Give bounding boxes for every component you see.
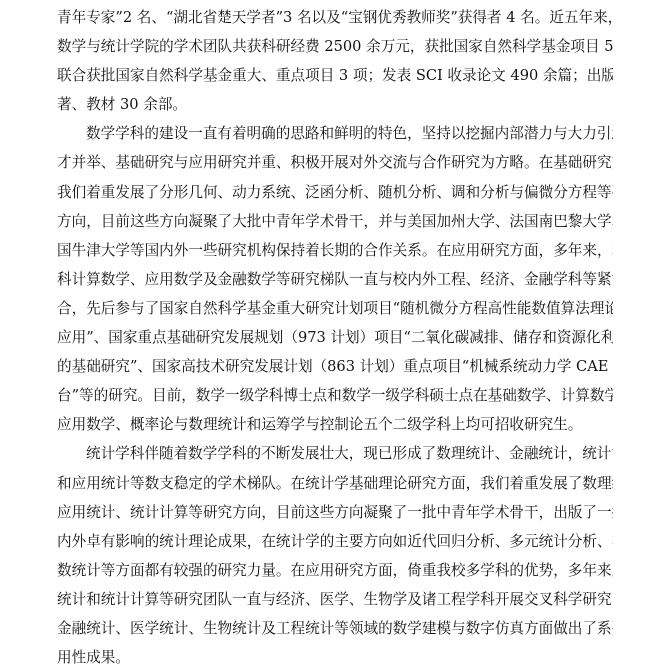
text-line: 的基础研究”、国家高技术研究发展计划（863 计划）重点项目“机械系统动力学 C… bbox=[57, 352, 613, 381]
text-line: 应用”、国家重点基础研究发展规划（973 计划）项目“二氧化碳减排、储存和资源化… bbox=[57, 323, 613, 352]
paragraph-statistics-discipline: 统计学科伴随着数学学科的不断发展壮大，现已形成了数理统计、金融统计，统计计算 和… bbox=[57, 439, 613, 671]
text-line: 统计和统计计算等研究团队一直与经济、医学、生物学及诸工程学科开展交叉科学研究，在 bbox=[57, 585, 613, 614]
text-line: 和应用统计等数支稳定的学术梯队。在统计学基础理论研究方面，我们着重发展了数理统计… bbox=[57, 469, 613, 498]
text-line: 我们着重发展了分形几何、动力系统、泛函分析、随机分析、调和分析与偏微分方程等研究 bbox=[57, 178, 613, 207]
text-line: 科计算数学、应用数学及金融数学等研究梯队一直与校内外工程、经济、金融学科等紧密结 bbox=[57, 265, 613, 294]
paragraph-faculty-achievements: 青年专家”2 名、“湖北省楚天学者”3 名以及“宝钢优秀教师奖”获得者 4 名。… bbox=[57, 3, 613, 119]
text-line: 用性成果。 bbox=[57, 643, 613, 671]
text-line: 联合获批国家自然科学基金重大、重点项目 3 项；发表 SCI 收录论文 490 … bbox=[57, 61, 613, 90]
text-line: 著、教材 30 余部。 bbox=[57, 90, 613, 119]
text-line: 数学与统计学院的学术团队共获科研经费 2500 余万元，获批国家自然科学基金项目… bbox=[57, 32, 613, 61]
text-line: 才并举、基础研究与应用研究并重、积极开展对外交流与合作研究为方略。在基础研究方面… bbox=[57, 148, 613, 177]
paragraph-mathematics-discipline: 数学学科的建设一直有着明确的思路和鲜明的特色，坚持以挖掘内部潜力与大力引进人 才… bbox=[57, 119, 613, 439]
text-line: 方向，目前这些方向凝聚了大批中青年学术骨干，并与美国加州大学、法国南巴黎大学、英 bbox=[57, 207, 613, 236]
text-line: 国牛津大学等国内外一些研究机构保持着长期的合作关系。在应用研究方面，多年来，本学 bbox=[57, 236, 613, 265]
text-line: 台”等的研究。目前，数学一级学科博士点和数学一级学科硕士点在基础数学、计算数学、 bbox=[57, 381, 613, 410]
text-line: 金融统计、医学统计、生物统计及工程统计等领域的数学建模与数字仿真方面做出了系列应 bbox=[57, 614, 613, 643]
text-line: 应用数学、概率论与数理统计和运筹学与控制论五个二级学科上均可招收研究生。 bbox=[57, 410, 613, 439]
text-line: 统计学科伴随着数学学科的不断发展壮大，现已形成了数理统计、金融统计，统计计算 bbox=[57, 439, 613, 468]
text-line: 青年专家”2 名、“湖北省楚天学者”3 名以及“宝钢优秀教师奖”获得者 4 名。… bbox=[57, 3, 613, 32]
text-line: 数统计等方面都有较强的研究力量。在应用研究方面，倚重我校多学科的优势，多年来应用 bbox=[57, 556, 613, 585]
text-line: 应用统计、统计计算等研究方向，目前这些方向凝聚了一批中青年学术骨干，出版了一批国 bbox=[57, 498, 613, 527]
document-page: 青年专家”2 名、“湖北省楚天学者”3 名以及“宝钢优秀教师奖”获得者 4 名。… bbox=[57, 3, 613, 671]
text-line: 数学学科的建设一直有着明确的思路和鲜明的特色，坚持以挖掘内部潜力与大力引进人 bbox=[57, 119, 613, 148]
text-line: 内外卓有影响的统计理论成果，在统计学的主要方向如近代回归分析、多元统计分析、非参 bbox=[57, 527, 613, 556]
text-line: 合，先后参与了国家自然科学基金重大研究计划项目“随机微分方程高性能数值算法理论与 bbox=[57, 294, 613, 323]
